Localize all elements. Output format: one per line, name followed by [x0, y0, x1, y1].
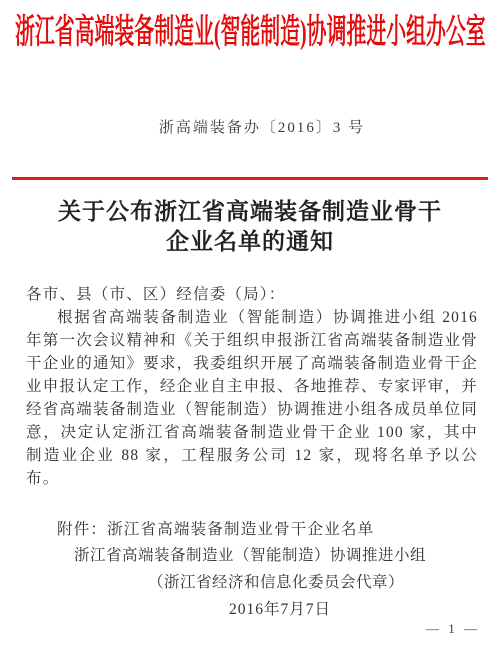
signature-agent-line: （浙江省经济和信息化委员会代章） — [26, 569, 500, 596]
signature-org-name: 浙江省高端装备制造业（智能制造）协调推进小组 — [0, 542, 500, 569]
salutation-line: 各市、县（市、区）经信委（局）： — [26, 283, 478, 306]
header-org-name: 浙江省高端装备制造业(智能制造)协调推进小组办公室 — [15, 10, 486, 56]
signature-date: 2016年7月7日 — [30, 596, 500, 623]
document-number: 浙高端装备办〔2016〕3 号 — [0, 116, 500, 137]
red-divider-line — [12, 177, 488, 180]
document-body: 各市、县（市、区）经信委（局）： 根据省高端装备制造业（智能制造）协调推进小组 … — [26, 283, 478, 541]
document-header: 浙江省高端装备制造业(智能制造)协调推进小组办公室 — [0, 10, 500, 56]
body-paragraph: 根据省高端装备制造业（智能制造）协调推进小组 2016 年第一次会议精神和《关于… — [26, 306, 478, 490]
document-page: 浙江省高端装备制造业(智能制造)协调推进小组办公室 浙高端装备办〔2016〕3 … — [0, 0, 500, 650]
document-title-line2: 企业名单的通知 — [0, 227, 500, 257]
attachment-line: 附件：浙江省高端装备制造业骨干企业名单 — [26, 518, 478, 541]
document-title-line1: 关于公布浙江省高端装备制造业骨干 — [0, 197, 500, 227]
page-number: — 1 — — [426, 621, 480, 637]
document-title: 关于公布浙江省高端装备制造业骨干 企业名单的通知 — [0, 197, 500, 257]
signature-block: 浙江省高端装备制造业（智能制造）协调推进小组 （浙江省经济和信息化委员会代章） … — [0, 542, 500, 623]
